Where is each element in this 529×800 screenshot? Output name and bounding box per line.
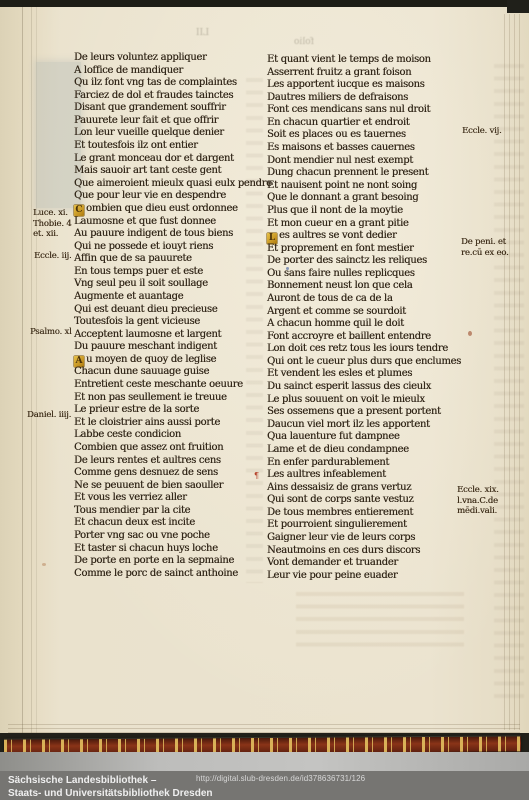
verse-text: ombien que dieu eust ordonnee	[86, 203, 238, 214]
margin-note-line: Luce. xi.	[33, 208, 71, 219]
scanner-cloth	[0, 752, 529, 771]
verse-text: Que pour leur vie en despendre	[74, 190, 226, 201]
verse-line: Vng seul peu il soit soullage	[74, 278, 272, 291]
verse-text: Soit es places ou es tauernes	[267, 129, 406, 140]
folio-word-bleed: folio	[294, 37, 314, 47]
text-column-left: De leurs voluntez appliquerA loffice de …	[74, 52, 272, 580]
verse-text: Et quant vient le temps de moison	[267, 54, 431, 65]
verse-text: A loffice de mandiquer	[74, 65, 183, 76]
verse-line: Et taster si chacun huys loche	[74, 543, 272, 556]
verse-text: Es maisons et basses cauernes	[267, 142, 415, 153]
verse-text: Qu ilz font vng tas de complaintes	[74, 77, 237, 88]
verse-text: De leurs rentes et aultres cens	[74, 455, 221, 466]
verse-line: Ou sans faire nulles replicques	[267, 268, 461, 281]
verse-line: Les apportent iucque es maisons	[267, 79, 461, 92]
verse-line: Au pauure indigent de tous biens	[74, 228, 272, 241]
verse-text: Dont mendier nul nest exempt	[267, 155, 413, 166]
verse-text: Au pauure indigent de tous biens	[74, 228, 233, 239]
verse-line: Qui est deuant dieu precieuse	[74, 304, 272, 317]
verse-line: Du sainct esperit lassus des cieulx	[267, 381, 461, 394]
verse-text: Augmente et auantage	[74, 291, 183, 302]
verse-line: Les aultres se vont dedier	[267, 230, 461, 243]
verse-text: De leurs voluntez appliquer	[74, 52, 207, 63]
verse-line: Mais sauoir art tant ceste gent	[74, 165, 272, 178]
verse-text: Neautmoins en ces durs discors	[267, 545, 420, 556]
verse-text: Comme le porc de sainct anthoine	[74, 568, 238, 579]
verse-text: Qua lauenture fut dampnee	[267, 431, 399, 442]
verse-line: Et non pas seullement ie treuue	[74, 392, 272, 405]
verse-line: Es maisons et basses cauernes	[267, 142, 461, 155]
verse-line: Et vous les verriez aller	[74, 492, 272, 505]
verse-line: Lame et de dieu condampnee	[267, 444, 461, 457]
verse-text: Gaigner leur vie de leurs corps	[267, 532, 415, 543]
verse-line: ¶Les aultres infeablement	[267, 469, 461, 482]
verse-line: Augmente et auantage	[74, 291, 272, 304]
verse-text: Ains dessaisiz de grans vertuz	[267, 482, 411, 493]
verse-line: Et quant vient le temps de moison	[267, 54, 461, 67]
verse-line: Ne se peuuent de bien saouller	[74, 480, 272, 493]
verse-line: Acceptent laumosne et largent	[74, 329, 272, 342]
verse-text: Affin que de sa pauurete	[74, 253, 192, 264]
verse-text: De porter des sainctz les reliques	[267, 255, 427, 266]
verse-text: Ne se peuuent de bien saouller	[74, 480, 223, 491]
verse-line: Le prieur estre de la sorte	[74, 404, 272, 417]
verse-line: Farciez de dol et fraudes tainctes	[74, 90, 272, 103]
margin-note-line: Eccle. xix.	[457, 485, 499, 496]
verse-text: Les aultres infeablement	[267, 469, 386, 480]
verse-text: Que le donnant a grant besoing	[267, 192, 418, 203]
margin-note-eccle-xix: Eccle. xix.l.vna.C.demēdi.vali.	[457, 485, 499, 517]
verse-line: Que le donnant a grant besoing	[267, 192, 461, 205]
scan-background-corner	[507, 0, 529, 13]
verse-text: Ou sans faire nulles replicques	[267, 268, 415, 279]
verse-line: Laumosne et que fust donnee	[74, 216, 272, 229]
verse-line: Et le cloistrier ains aussi porte	[74, 417, 272, 430]
verse-text: Le plus souuent on voit le mieulx	[267, 394, 425, 405]
library-name: Sächsische Landesbibliothek – Staats- un…	[8, 774, 213, 800]
verse-line: Comme gens desnuez de sens	[74, 467, 272, 480]
verse-line: A loffice de mandiquer	[74, 65, 272, 78]
verse-text: Et toutesfois ilz ont entier	[74, 140, 198, 151]
margin-note-line: Eccle. iij.	[34, 251, 71, 262]
verse-line: Leur vie pour peine euader	[267, 570, 461, 583]
verse-text: Et vous les verriez aller	[74, 492, 187, 503]
verse-line: Porter vng sac ou vne poche	[74, 530, 272, 543]
verse-line: Bonnement neust lon que cela	[267, 280, 461, 293]
margin-note-line: Daniel. iiij.	[27, 410, 71, 421]
verse-line: Ains dessaisiz de grans vertuz	[267, 482, 461, 495]
verse-text: Et chacun deux est incite	[74, 517, 195, 528]
verse-line: Du pauure meschant indigent	[74, 341, 272, 354]
bleedthrough-right	[494, 64, 524, 704]
scan-viewport: LII folio De leurs voluntez appliquerA l…	[0, 0, 529, 800]
verse-text: Font accroyre et baillent entendre	[267, 331, 431, 342]
verse-line: Labbe ceste condicion	[74, 429, 272, 442]
library-name-line2: Staats- und Universitätsbibliothek Dresd…	[8, 787, 213, 800]
verse-line: Qu ilz font vng tas de complaintes	[74, 77, 272, 90]
verse-line: Et chacun deux est incite	[74, 517, 272, 530]
verse-line: Asserrent fruitz a grant foison	[267, 67, 461, 80]
verse-line: Et vendent les esles et plumes	[267, 368, 461, 381]
verse-text: Et mon cueur en a grant pitie	[267, 218, 408, 229]
verse-line: Ses ossemens que a present portent	[267, 406, 461, 419]
verse-text: Ses ossemens que a present portent	[267, 406, 441, 417]
verse-text: Leur vie pour peine euader	[267, 570, 397, 581]
ink-speck	[42, 563, 46, 566]
verse-text: Labbe ceste condicion	[74, 429, 181, 440]
margin-note-eccle-vij: Eccle. vij.	[462, 126, 502, 137]
verse-line: Neautmoins en ces durs discors	[267, 545, 461, 558]
ink-stain	[468, 331, 472, 336]
margin-note-line: et. xii.	[33, 229, 71, 240]
verse-text: Acceptent laumosne et largent	[74, 329, 221, 340]
verse-line: Qui ne possede et iouyt riens	[74, 241, 272, 254]
verse-text: Et pourroient singulierement	[267, 519, 407, 530]
verse-text: Le grant monceau dor et dargent	[74, 153, 234, 164]
verse-text: Plus que il nont de la moytie	[267, 205, 403, 216]
verse-line: Dont mendier nul nest exempt	[267, 155, 461, 168]
margin-note-line: Eccle. vij.	[462, 126, 502, 137]
verse-line: Comme le porc de sainct anthoine	[74, 568, 272, 581]
verse-text: Porter vng sac ou vne poche	[74, 530, 210, 541]
verse-line: Plus que il nont de la moytie	[267, 205, 461, 218]
page-edge-line	[31, 7, 32, 736]
margin-note-line: re.cū ex eo.	[461, 248, 509, 259]
verse-line: Combien que assez ont fruition	[74, 442, 272, 455]
text-column-right: Et quant vient le temps de moisonAsserre…	[267, 54, 461, 582]
verse-line: Et mon cueur en a grant pitie	[267, 218, 461, 231]
verse-line: Lon leur vueille quelque denier	[74, 127, 272, 140]
verse-line: De porter des sainctz les reliques	[267, 255, 461, 268]
verse-text: Daucun viel mort ilz les apportent	[267, 419, 430, 430]
verse-line: Que aimeroient mieulx quasi eulx pendre	[74, 178, 272, 191]
verse-line: Font ces mendicans sans nul droit	[267, 104, 461, 117]
margin-note-line: mēdi.vali.	[457, 506, 499, 517]
verse-line: Et toutesfois ilz ont entier	[74, 140, 272, 153]
verse-text: Et nauisent point ne nont soing	[267, 180, 417, 191]
verse-line: De leurs voluntez appliquer	[74, 52, 272, 65]
verse-line: Le grant monceau dor et dargent	[74, 153, 272, 166]
margin-note-line: l.vna.C.de	[457, 496, 499, 507]
verse-line: Au moyen de quoy de leglise	[74, 354, 272, 367]
verse-line: Soit es places ou es tauernes	[267, 129, 461, 142]
verse-text: Mais sauoir art tant ceste gent	[74, 165, 221, 176]
verse-text: Chacun dune sauuage guise	[74, 366, 209, 377]
verse-text: u moyen de quoy de leglise	[86, 354, 216, 365]
verse-text: Pauurete leur fait et que offrir	[74, 115, 218, 126]
verse-text: Entretient ceste meschante oeuure	[74, 379, 243, 390]
verse-line: Dautres miliers de defraisons	[267, 92, 461, 105]
library-name-line1: Sächsische Landesbibliothek –	[8, 774, 213, 787]
margin-note-psalmo: Psalmo. xl	[30, 327, 72, 338]
folio-number-bleed: LII	[196, 28, 209, 38]
verse-text: Et vendent les esles et plumes	[267, 368, 412, 379]
verse-text: Qui ont le cueur plus durs que enclumes	[267, 356, 461, 367]
margin-note-eccle-iij: Eccle. iij.	[34, 251, 71, 262]
verse-text: Laumosne et que fust donnee	[74, 216, 216, 227]
margin-note-de-peni: De peni. etre.cū ex eo.	[461, 237, 509, 258]
verse-text: Qui est deuant dieu precieuse	[74, 304, 217, 315]
verse-line: A chacun homme quil le doit	[267, 318, 461, 331]
verse-text: Asserrent fruitz a grant foison	[267, 67, 411, 78]
verse-text: De porte en porte en la sepmaine	[74, 555, 234, 566]
verse-line: Qui sont de corps sante vestuz	[267, 494, 461, 507]
verse-line: Et pourroient singulierement	[267, 519, 461, 532]
verse-text: Les apportent iucque es maisons	[267, 79, 424, 90]
verse-text: es aultres se vont dedier	[279, 230, 397, 241]
verse-text: A chacun homme quil le doit	[267, 318, 404, 329]
scan-url: http://digital.slub-dresden.de/id3786367…	[196, 774, 365, 783]
verse-text: Lame et de dieu condampnee	[267, 444, 409, 455]
verse-text: Font ces mendicans sans nul droit	[267, 104, 430, 115]
verse-text: Et le cloistrier ains aussi porte	[74, 417, 220, 428]
verse-text: Et taster si chacun huys loche	[74, 543, 218, 554]
verse-line: Qui ont le cueur plus durs que enclumes	[267, 356, 461, 369]
margin-note-daniel: Daniel. iiij.	[27, 410, 71, 421]
verse-line: En tous temps puer et este	[74, 266, 272, 279]
verse-line: Disant que grandement souffrir	[74, 102, 272, 115]
margin-note-line: Psalmo. xl	[30, 327, 72, 338]
verse-text: Vont demander et truander	[267, 557, 398, 568]
verse-text: Disant que grandement souffrir	[74, 102, 226, 113]
verse-line: Argent et comme se sourdoit	[267, 306, 461, 319]
verse-text: Du sainct esperit lassus des cieulx	[267, 381, 431, 392]
verse-line: De tous membres entierement	[267, 507, 461, 520]
verse-line: Daucun viel mort ilz les apportent	[267, 419, 461, 432]
verse-text: Bonnement neust lon que cela	[267, 280, 412, 291]
verse-text: Qui ne possede et iouyt riens	[74, 241, 213, 252]
verse-text: Vng seul peu il soit soullage	[74, 278, 208, 289]
verse-text: Farciez de dol et fraudes tainctes	[74, 90, 233, 101]
verse-line: Affin que de sa pauurete	[74, 253, 272, 266]
ink-speck	[286, 267, 289, 270]
verse-line: De leurs rentes et aultres cens	[74, 455, 272, 468]
verse-line: Tous mendier par la cite	[74, 505, 272, 518]
verse-text: Et proprement en font mestier	[267, 243, 413, 254]
verse-line: Font accroyre et baillent entendre	[267, 331, 461, 344]
verse-text: Lon doit ces retz tous les iours tendre	[267, 343, 448, 354]
verse-text: Dautres miliers de defraisons	[267, 92, 408, 103]
verse-text: Du pauure meschant indigent	[74, 341, 217, 352]
verse-line: Chacun dune sauuage guise	[74, 366, 272, 379]
verse-text: Dung chacun prennent le present	[267, 167, 428, 178]
verse-text: Toutesfois la gent vicieuse	[74, 316, 200, 327]
verse-text: Que aimeroient mieulx quasi eulx pendre	[74, 178, 272, 189]
verse-line: Que pour leur vie en despendre	[74, 190, 272, 203]
verse-text: En tous temps puer et este	[74, 266, 203, 277]
verse-line: Et nauisent point ne nont soing	[267, 180, 461, 193]
margin-note-luce: Luce. xi.Thobie. 4et. xii.	[33, 208, 71, 240]
verse-line: Dung chacun prennent le present	[267, 167, 461, 180]
verse-line: En chacun quartier et endroit	[267, 117, 461, 130]
verse-text: En enfer pardurablement	[267, 457, 389, 468]
verse-line: Et proprement en font mestier	[267, 243, 461, 256]
verse-text: Combien que assez ont fruition	[74, 442, 223, 453]
verse-text: Qui sont de corps sante vestuz	[267, 494, 414, 505]
verse-line: Le plus souuent on voit le mieulx	[267, 394, 461, 407]
verse-line: Auront de tous de ca de la	[267, 293, 461, 306]
verse-text: De tous membres entierement	[267, 507, 413, 518]
verse-text: Argent et comme se sourdoit	[267, 306, 406, 317]
verse-text: En chacun quartier et endroit	[267, 117, 409, 128]
rubric-paragraph-mark: ¶	[254, 470, 259, 483]
verse-line: De porte en porte en la sepmaine	[74, 555, 272, 568]
verse-line: Lon doit ces retz tous les iours tendre	[267, 343, 461, 356]
verse-line: Pauurete leur fait et que offrir	[74, 115, 272, 128]
margin-note-line: Thobie. 4	[33, 219, 71, 230]
verse-text: Lon leur vueille quelque denier	[74, 127, 224, 138]
margin-note-line: De peni. et	[461, 237, 509, 248]
verse-text: Comme gens desnuez de sens	[74, 467, 218, 478]
verse-text: Auront de tous de ca de la	[267, 293, 393, 304]
verse-line: Combien que dieu eust ordonnee	[74, 203, 272, 216]
verse-line: En enfer pardurablement	[267, 457, 461, 470]
verse-line: Gaigner leur vie de leurs corps	[267, 532, 461, 545]
verse-line: Toutesfois la gent vicieuse	[74, 316, 272, 329]
verse-text: Le prieur estre de la sorte	[74, 404, 199, 415]
verse-text: Et non pas seullement ie treuue	[74, 392, 227, 403]
verse-line: Qua lauenture fut dampnee	[267, 431, 461, 444]
bleedthrough-bottom	[296, 592, 464, 648]
page-crease	[22, 7, 23, 736]
verse-line: Vont demander et truander	[267, 557, 461, 570]
verse-line: Entretient ceste meschante oeuure	[74, 379, 272, 392]
verse-text: Tous mendier par la cite	[74, 505, 190, 516]
